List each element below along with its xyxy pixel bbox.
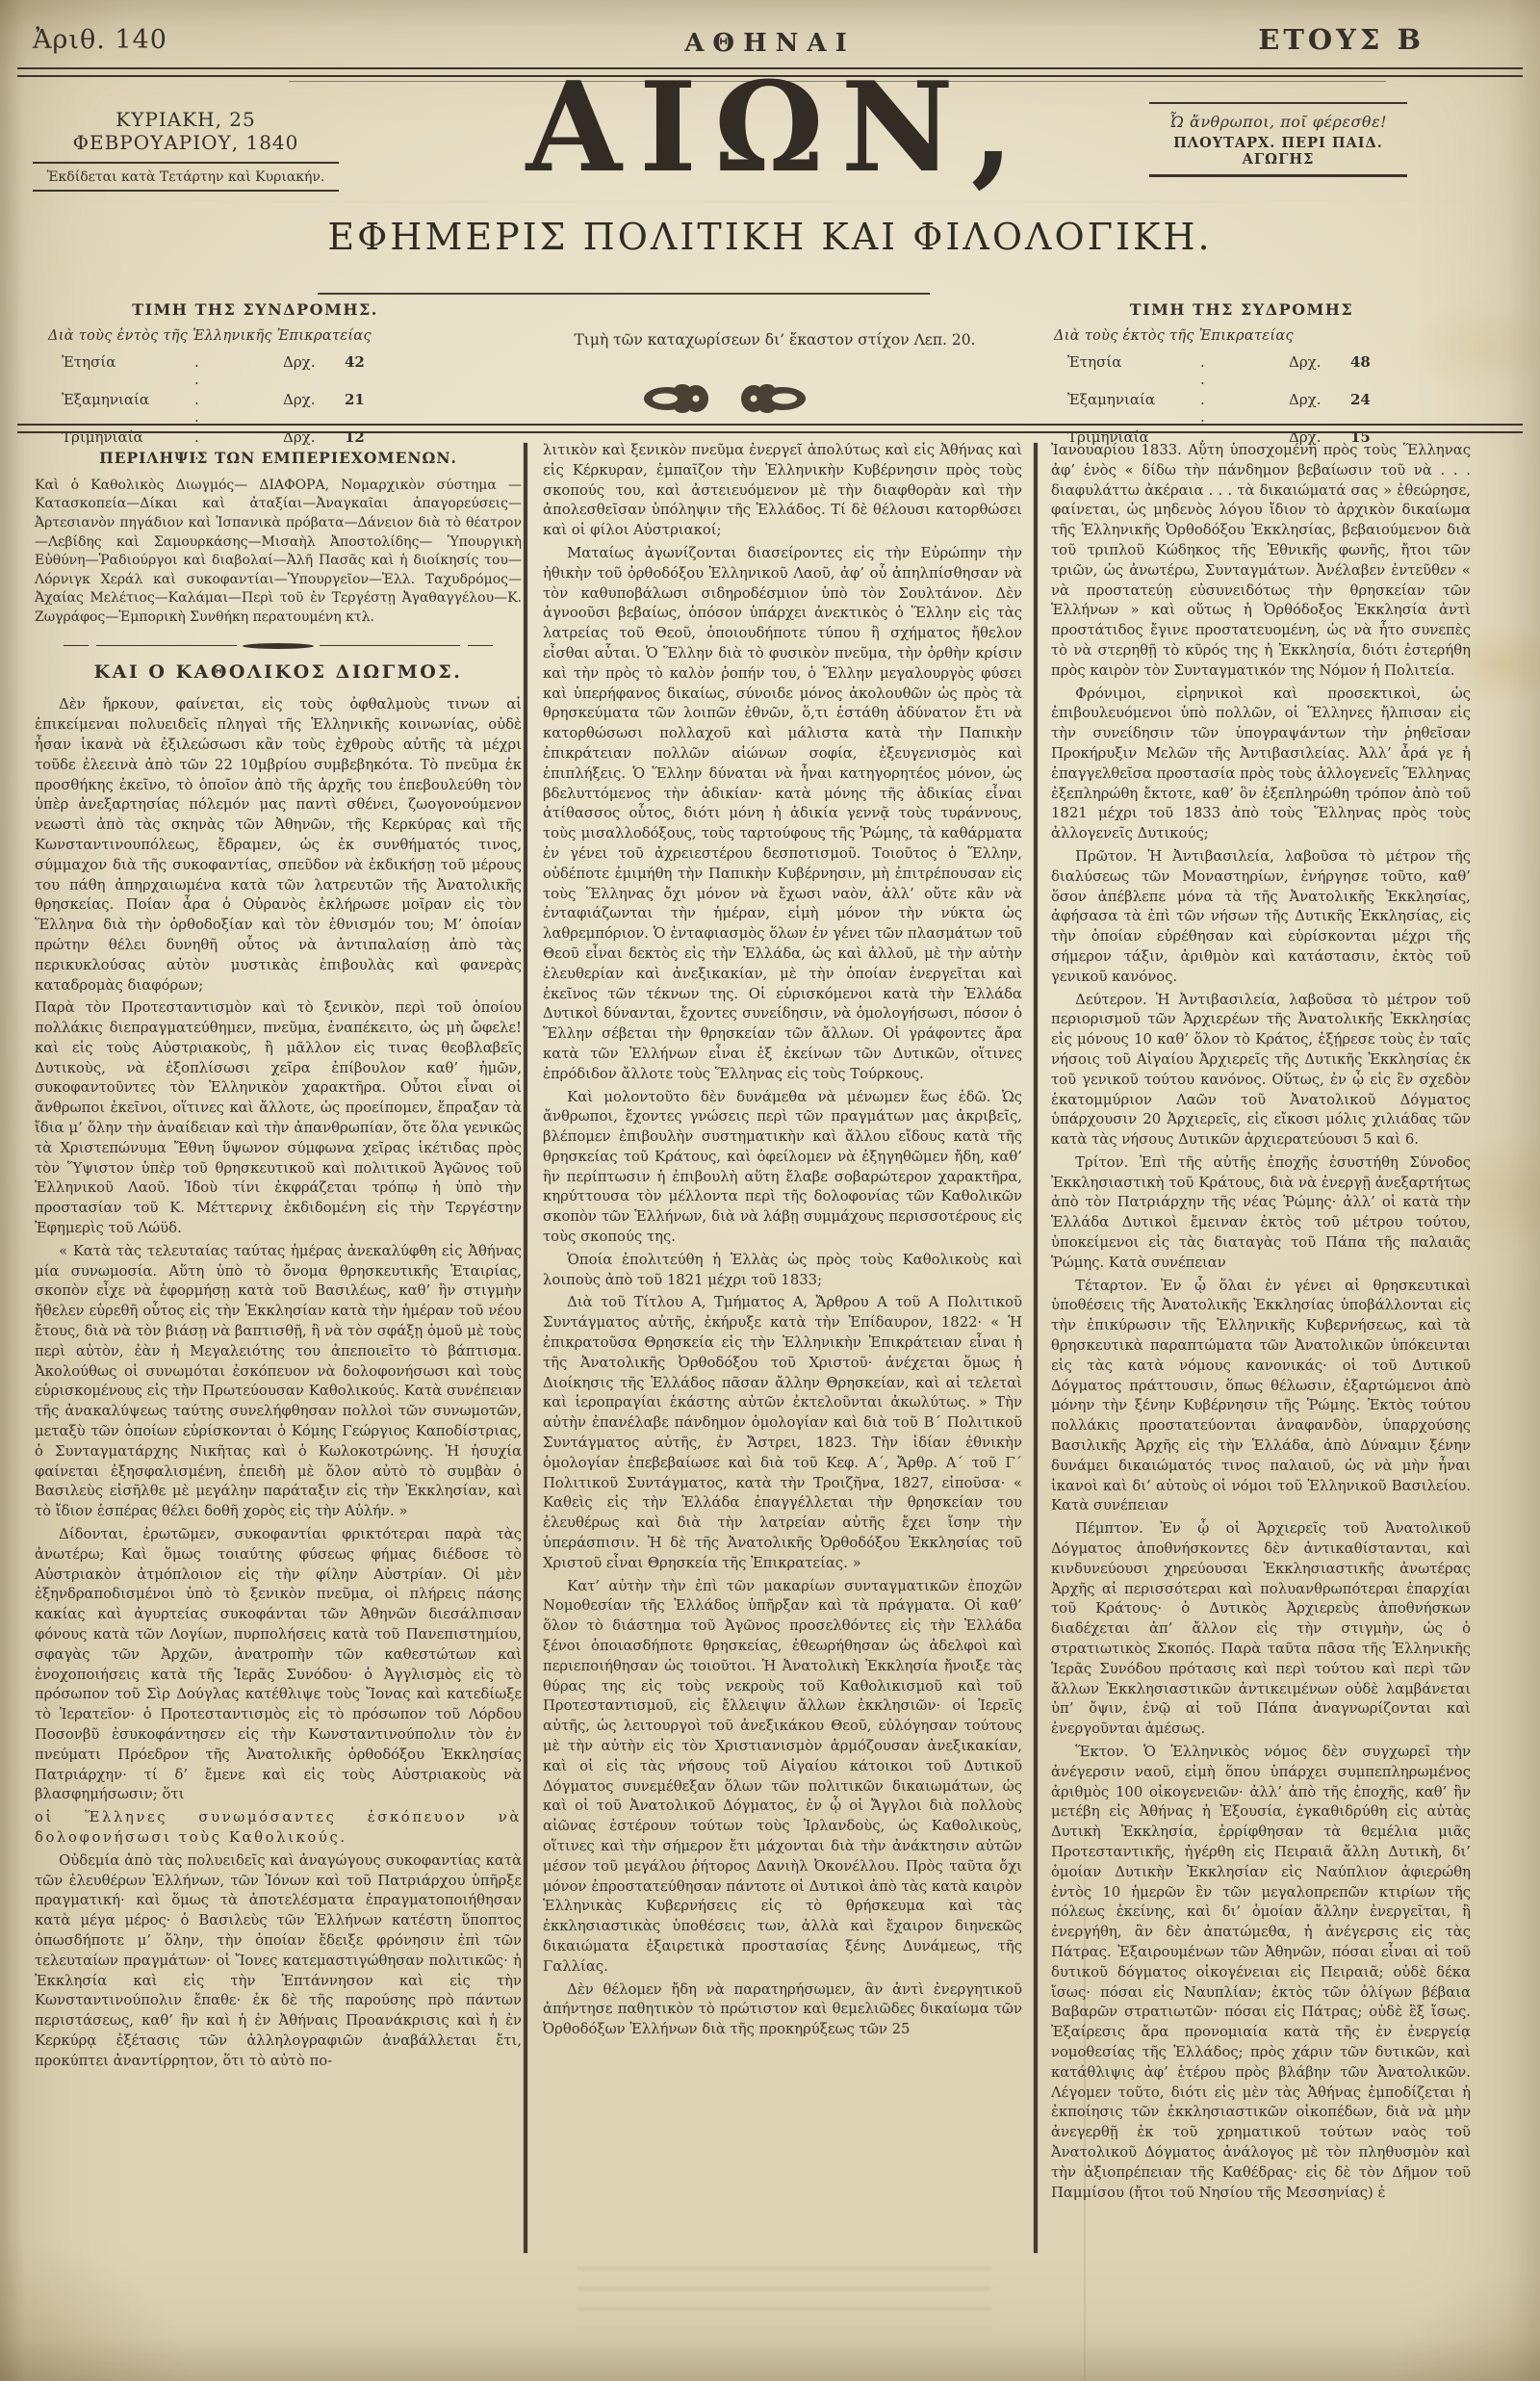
- price-dots: . .: [1200, 353, 1289, 388]
- price-label: Ἐξαμηνιαία: [1067, 391, 1200, 408]
- column-divider-rule: [524, 443, 527, 2253]
- article-paragraph: Ἰανουαρίου 1833. Αὕτη ὑποσχομένη πρὸς το…: [1051, 441, 1471, 682]
- pricing-title: ΤΙΜΗ ΤΗΣ ΣΥΔΡΟΜΗΣ: [1054, 300, 1429, 319]
- pricing-foreign-box: ΤΙΜΗ ΤΗΣ ΣΥΔΡΟΜΗΣ Διὰ τοὺς ἐκτὸς τῆς Ἐπι…: [1054, 300, 1468, 464]
- price-amount: 42: [345, 353, 365, 371]
- article-paragraph: Πέμπτον. Ἐν ᾧ οἱ Ἀρχιερεῖς τοῦ Ἀνατολικο…: [1051, 1519, 1471, 1740]
- year-label: ΕΤΟΥΣ Β: [1258, 23, 1424, 56]
- price-currency: Δρχ.: [283, 391, 345, 408]
- summary-title: ΠΕΡΙΛΗΨΙΣ ΤΩΝ ΕΜΠΕΡΙΕΧΟΜΕΝΩΝ.: [35, 449, 522, 469]
- newspaper-page: Ἀριθ. 140 ΑΘΗΝΑΙ ΕΤΟΥΣ Β ΚΥΡΙΑΚΗ, 25 ΦΕΒ…: [0, 0, 1540, 2381]
- article-paragraph: Φρόνιμοι, εἰρηνικοὶ καὶ προσεκτικοὶ, ὡς …: [1051, 685, 1471, 844]
- price-dots: . .: [1200, 391, 1289, 426]
- paper-crease: [1084, 1791, 1086, 2381]
- motto-quote: Ὦ ἄνθρωποι, ποῖ φέρεσθε!: [1149, 113, 1407, 131]
- article-paragraph: Παρὰ τὸν Προτεσταντισμὸν καὶ τὸ ξενικὸν,…: [35, 998, 522, 1239]
- price-amount: 48: [1350, 353, 1371, 371]
- article-paragraph: Δὲν θέλομεν ἤδη νὰ παρατηρήσωμεν, ἂν ἀντ…: [543, 1980, 1022, 2040]
- article-paragraph: Κατ’ αὐτὴν τὴν ἐπὶ τῶν μακαρίων συνταγμα…: [543, 1577, 1022, 1978]
- price-row: Ἐτησία. .Δρχ.42: [48, 351, 500, 389]
- article-paragraph: Δὲν ἤρκουν, φαίνεται, εἰς τοὺς ὀφθαλμοὺς…: [35, 695, 522, 996]
- article-paragraph: Τρίτον. Ἐπὶ τῆς αὐτῆς ἐποχῆς ἐσυστήθη Σύ…: [1051, 1153, 1471, 1274]
- column-divider-rule: [1034, 443, 1038, 2253]
- masthead-mid-rule: [318, 293, 930, 295]
- price-currency: Δρχ.: [283, 353, 345, 371]
- article-paragraph: Τέταρτον. Ἐν ᾧ ὅλαι ἐν γένει αἱ θρησκευτ…: [1051, 1277, 1471, 1517]
- price-dots: . .: [194, 353, 283, 388]
- article-paragraph: Ματαίως ἀγωνίζονται διασείροντες εἰς τὴν…: [543, 544, 1022, 1085]
- summary-text: Καὶ ὁ Καθολικὸς Διωγμός— ΔΙΑΦΟΡΑ, Νομαρχ…: [35, 477, 522, 628]
- price-dots: . .: [194, 391, 283, 426]
- price-amount: 21: [345, 391, 365, 408]
- article-paragraph: Ὁποία ἐπολιτεύθη ἡ Ἑλλὰς ὡς πρὸς τοὺς Κα…: [543, 1251, 1022, 1291]
- ink-showthrough: [577, 2261, 991, 2328]
- pricing-rows: Ἐτησία. .Δρχ.42Ἐξαμηνιαία. .Δρχ.21Τριμην…: [48, 351, 500, 464]
- pricing-subtitle: Διὰ τοὺς ἐντὸς τῆς Ἑλληνικῆς Ἐπικρατείας: [48, 328, 500, 344]
- article-title: ΚΑΙ Ο ΚΑΘΟΛΙΚΟΣ ΔΙΩΓΜΟΣ.: [35, 662, 522, 683]
- pricing-subtitle: Διὰ τοὺς ἐκτὸς τῆς Ἐπικρατείας: [1054, 328, 1468, 344]
- ad-price-line: Τιμὴ τῶν καταχωρίσεων δι’ ἕκαστον στίχον…: [525, 331, 1025, 349]
- article-paragraph: Δεύτερον. Ἡ Ἀντιβασιλεία, λαβοῦσα τὸ μέτ…: [1051, 991, 1471, 1151]
- article-paragraph: οἱ Ἕλληνες συνωμόσαντες ἐσκόπευον νὰ δολ…: [35, 1808, 522, 1849]
- floral-ornament-icon: [640, 377, 809, 424]
- column-1: ΠΕΡΙΛΗΨΙΣ ΤΩΝ ΕΜΠΕΡΙΕΧΟΜΕΝΩΝ. Καὶ ὁ Καθο…: [35, 449, 522, 2075]
- pricing-domestic-box: ΤΙΜΗ ΤΗΣ ΣΥΝΔΡΟΜΗΣ. Διὰ τοὺς ἐντὸς τῆς Ἑ…: [48, 300, 500, 464]
- motto-attribution: ΠΛΟΥΤΑΡΧ. ΠΕΡΙ ΠΑΙΔ. ΑΓΩΓΗΣ: [1149, 135, 1407, 177]
- fold-shadow: [0, 200, 1540, 203]
- article-body-col3: Ἰανουαρίου 1833. Αὕτη ὑποσχομένη πρὸς το…: [1051, 441, 1471, 2203]
- content-top-rule: [17, 424, 1523, 433]
- article-paragraph: Ἕκτον. Ὁ Ἑλληνικὸς νόμος δὲν συγχωρεῖ τὴ…: [1051, 1743, 1471, 2203]
- price-row: Ἐξαμηνιαία. .Δρχ.24: [1054, 389, 1468, 427]
- article-paragraph: Καὶ μολοντοῦτο δὲν δυνάμεθα νὰ μένωμεν ἕ…: [543, 1088, 1022, 1248]
- motto-block: Ὦ ἄνθρωποι, ποῖ φέρεσθε! ΠΛΟΥΤΑΡΧ. ΠΕΡΙ …: [1149, 102, 1407, 177]
- column-2: λιτικὸν καὶ ξενικὸν πνεῦμα ἐνεργεῖ ἀπολύ…: [543, 441, 1022, 2043]
- price-row: Ἐξαμηνιαία. .Δρχ.21: [48, 389, 500, 427]
- article-body-col1: Δὲν ἤρκουν, φαίνεται, εἰς τοὺς ὀφθαλμοὺς…: [35, 695, 522, 2071]
- pricing-title: ΤΙΜΗ ΤΗΣ ΣΥΝΔΡΟΜΗΣ.: [48, 300, 462, 319]
- article-paragraph: Οὐδεμία ἀπὸ τὰς πολυειδεῖς καὶ ἀναγώγους…: [35, 1851, 522, 2072]
- article-paragraph: « Κατὰ τὰς τελευταίας ταύτας ἡμέρας ἀνεκ…: [35, 1242, 522, 1522]
- article-paragraph: Πρῶτον. Ἡ Ἀντιβασιλεία, λαβοῦσα τὸ μέτρο…: [1051, 847, 1471, 988]
- price-label: Ἐξαμηνιαία: [62, 391, 194, 408]
- article-paragraph: Διὰ τοῦ Τίτλου Α, Τμήματος Α, Ἄρθρου Α τ…: [543, 1293, 1022, 1573]
- newspaper-subtitle: ΕΦΗΜΕΡΙΣ ΠΟΛΙΤΙΚΗ ΚΑΙ ΦΙΛΟΛΟΓΙΚΗ.: [0, 216, 1540, 258]
- article-body-col2: λιτικὸν καὶ ξενικὸν πνεῦμα ἐνεργεῖ ἀπολύ…: [543, 441, 1022, 2040]
- article-paragraph: Δίδονται, ἐρωτῶμεν, συκοφαντίαι φρικτότε…: [35, 1525, 522, 1805]
- price-row: Ἐτησία. .Δρχ.48: [1054, 351, 1468, 389]
- price-label: Ἐτησία: [1067, 353, 1200, 371]
- price-currency: Δρχ.: [1289, 391, 1350, 408]
- price-currency: Δρχ.: [1289, 353, 1350, 371]
- price-amount: 24: [1350, 391, 1371, 408]
- section-divider: [64, 643, 493, 649]
- article-paragraph: λιτικὸν καὶ ξενικὸν πνεῦμα ἐνεργεῖ ἀπολύ…: [543, 441, 1022, 541]
- column-3: Ἰανουαρίου 1833. Αὕτη ὑποσχομένη πρὸς το…: [1051, 441, 1471, 2206]
- price-label: Ἐτησία: [62, 353, 194, 371]
